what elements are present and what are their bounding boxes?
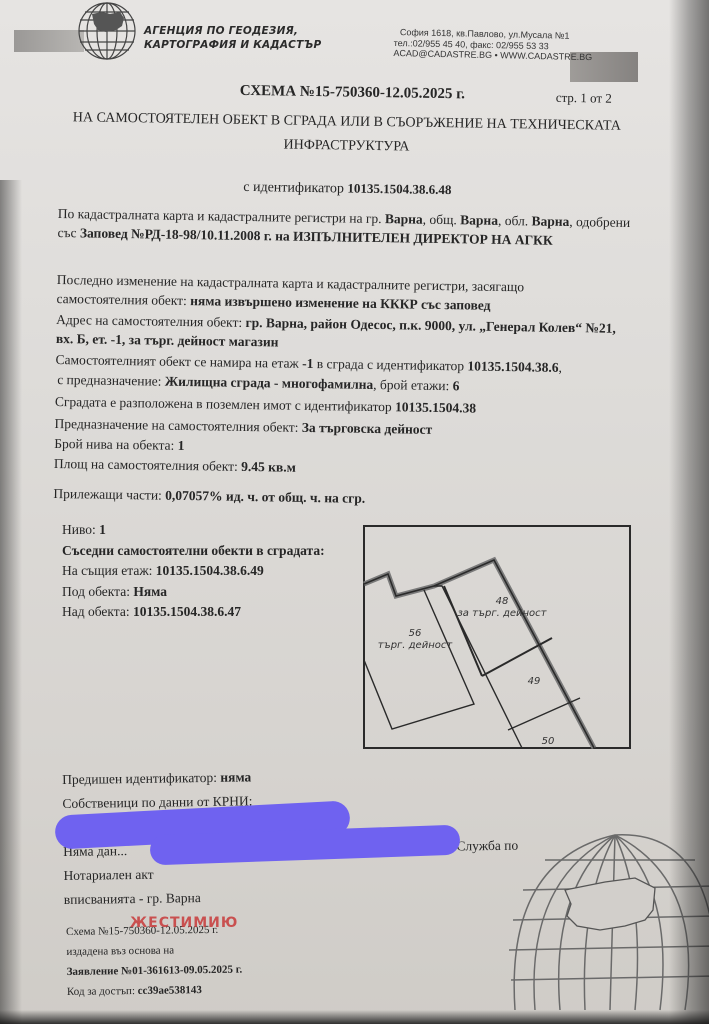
cadastral-map-info: По кадастралната карта и кадастралните р… xyxy=(57,204,638,251)
neighbour-above: Над обекта: 10135.1504.38.6.47 xyxy=(62,602,325,623)
neighbours-heading: Съседни самостоятелни обекти в сградата: xyxy=(62,541,325,562)
page-number: стр. 1 от 2 xyxy=(556,90,612,107)
object-identifier: с идентификатор 10135.1504.38.6.48 xyxy=(243,179,451,199)
neighbour-below: Под обекта: Няма xyxy=(62,582,325,603)
footer-info: Схема №15-750360-12.05.2025 г. издадена … xyxy=(66,920,243,1002)
building-purpose: с предназначение: Жилищна сграда - много… xyxy=(57,372,459,394)
footer-issued: издадена въз основа на xyxy=(66,940,242,962)
footer-application: Заявление №01-361613-09.05.2025 г. xyxy=(67,960,243,982)
unit-50-number: 50 xyxy=(542,736,555,747)
object-address: Адрес на самостоятелния обект: гр. Варна… xyxy=(56,310,627,357)
unit-48-label: за търг. дейност xyxy=(457,608,547,619)
agency-contact: София 1618, кв.Павлово, ул.Мусала №1 тел… xyxy=(393,27,592,63)
header-band-left xyxy=(14,30,84,52)
floor-plan-diagram: 48 за търг. дейност 56 търг. дейност 49 … xyxy=(362,524,634,754)
red-stamp: ЖЕСТИМИЮ xyxy=(130,915,238,931)
neighbours-section: Ниво: 1 Съседни самостоятелни обекти в с… xyxy=(62,520,325,623)
document-subtitle: НА САМОСТОЯТЕЛЕН ОБЕКТ В СГРАДА ИЛИ В СЪ… xyxy=(59,106,635,163)
last-change-info: Последно изменение на кадастралната карт… xyxy=(56,270,577,316)
unit-56-number: 56 xyxy=(409,628,422,639)
unit-56-label: търг. дейност xyxy=(378,640,454,651)
document-title: СХЕМА №15-750360-12.05.2025 г. xyxy=(240,83,465,104)
unit-49-number: 49 xyxy=(528,676,541,687)
document-page: АГЕНЦИЯ ПО ГЕОДЕЗИЯ, КАРТОГРАФИЯ И КАДАС… xyxy=(0,0,709,1024)
globe-bulgaria-icon xyxy=(76,0,138,62)
object-purpose: Предназначение на самостоятелния обект: … xyxy=(54,416,432,438)
common-parts: Прилежащи части: 0,07057% ид. ч. от общ.… xyxy=(53,486,365,507)
agency-name: АГЕНЦИЯ ПО ГЕОДЕЗИЯ, КАРТОГРАФИЯ И КАДАС… xyxy=(144,24,321,52)
object-levels: Брой нива на обекта: 1 xyxy=(54,436,184,454)
footer-access-code: Код за достъп: cc39ae538143 xyxy=(67,980,243,1002)
neighbour-same-floor: На същия етаж: 10135.1504.38.6.49 xyxy=(62,561,325,582)
object-area: Площ на самостоятелния обект: 9.45 кв.м xyxy=(54,456,296,476)
registry-office: вписванията - гр. Варна xyxy=(64,882,519,912)
level: Ниво: 1 xyxy=(62,520,325,541)
land-plot: Сградата е разположена в поземлен имот с… xyxy=(55,394,476,417)
unit-48-number: 48 xyxy=(496,596,509,607)
